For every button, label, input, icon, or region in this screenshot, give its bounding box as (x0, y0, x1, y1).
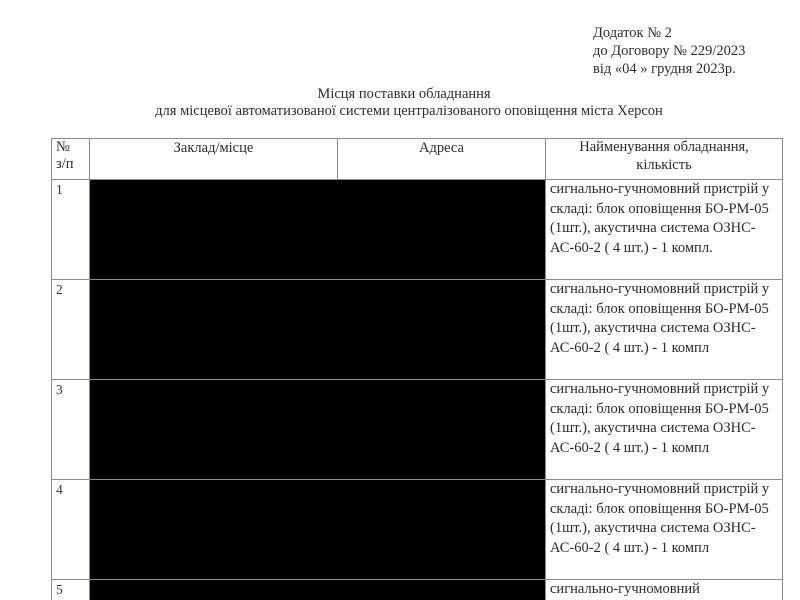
column-header-equipment: Найменування обладнання, кількість (546, 139, 783, 180)
equipment-cell: сигнально-гучномовний пристрій у складі:… (546, 280, 783, 380)
table-row: 3 сигнально-гучномовний пристрій у склад… (52, 380, 783, 480)
redacted-place-address (90, 180, 546, 280)
document-title: Місця поставки обладнання для місцевої а… (0, 86, 800, 120)
equipment-cell: сигнально-гучномовний пристрій у складі:… (546, 180, 783, 280)
row-number: 3 (52, 380, 90, 480)
column-header-number: № з/п (52, 139, 90, 180)
row-number: 5 (52, 580, 90, 600)
row-number: 2 (52, 280, 90, 380)
table-row: 5 сигнально-гучномовний (52, 580, 783, 600)
table-row: 4 сигнально-гучномовний пристрій у склад… (52, 480, 783, 580)
column-header-number-line2: з/п (56, 156, 74, 172)
redacted-place-address (90, 480, 546, 580)
contract-date: від «04 » грудня 2023р. (593, 60, 745, 78)
equipment-cell: сигнально-гучномовний (546, 580, 783, 600)
table-row: 1 сигнально-гучномовний пристрій у склад… (52, 180, 783, 280)
row-number: 4 (52, 480, 90, 580)
redacted-place-address (90, 280, 546, 380)
column-header-number-line1: № (56, 139, 70, 155)
contract-number: до Договору № 229/2023 (593, 42, 745, 60)
equipment-cell: сигнально-гучномовний пристрій у складі:… (546, 380, 783, 480)
table-header-row: № з/п Заклад/місце Адреса Найменування о… (52, 139, 783, 180)
column-header-address: Адреса (338, 139, 546, 180)
equipment-cell: сигнально-гучномовний пристрій у складі:… (546, 480, 783, 580)
redacted-place-address (90, 580, 546, 600)
row-number: 1 (52, 180, 90, 280)
table-row: 2 сигнально-гучномовний пристрій у склад… (52, 280, 783, 380)
title-line-2: для місцевої автоматизованої системи цен… (0, 103, 800, 120)
supply-locations-table: № з/п Заклад/місце Адреса Найменування о… (51, 138, 783, 600)
column-header-place: Заклад/місце (90, 139, 338, 180)
appendix-number: Додаток № 2 (593, 24, 745, 42)
title-line-1: Місця поставки обладнання (0, 86, 800, 103)
appendix-reference: Додаток № 2 до Договору № 229/2023 від «… (593, 24, 745, 78)
redacted-place-address (90, 380, 546, 480)
